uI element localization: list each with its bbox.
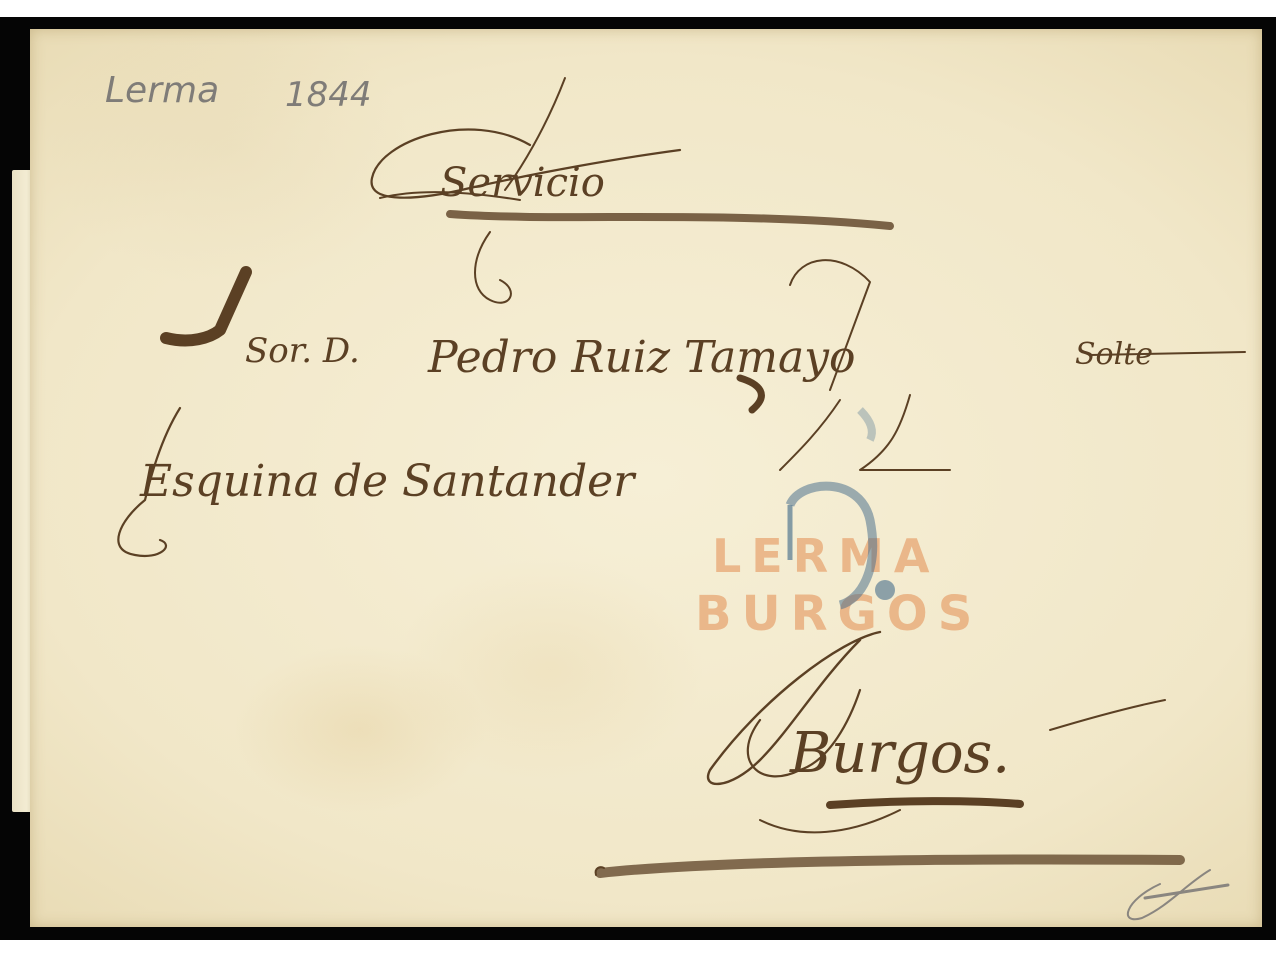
address-city: Burgos. [708,632,1165,832]
city-text: Burgos. [789,721,1010,786]
address-line-1: Sor. D. Pedro Ruiz Tamayo Solte [166,232,1245,470]
handwriting-layer: Lerma 1844 Servicio Sor. D. Pedro Ruiz T… [0,0,1276,956]
pencil-note: Lerma 1844 [105,70,372,115]
postmark-line-1: LERMA [712,529,940,583]
pencil-note-place: Lerma [105,70,219,111]
pencil-note-year: 1844 [285,75,372,115]
service-text: Servicio [440,160,605,206]
postmark-line-2: BURGOS [695,586,982,642]
recipient-text: Pedro Ruiz Tamayo [427,332,856,383]
service-line: Servicio [372,78,890,226]
rate-dot [875,580,895,600]
postmark-lerma-burgos: LERMA BURGOS [695,529,982,642]
street-text: Esquina de Santander [139,456,637,507]
honorific-text: Sor. D. [245,331,360,371]
underline-flourish [600,860,1180,873]
corner-mark-value: + [0,0,13,4]
